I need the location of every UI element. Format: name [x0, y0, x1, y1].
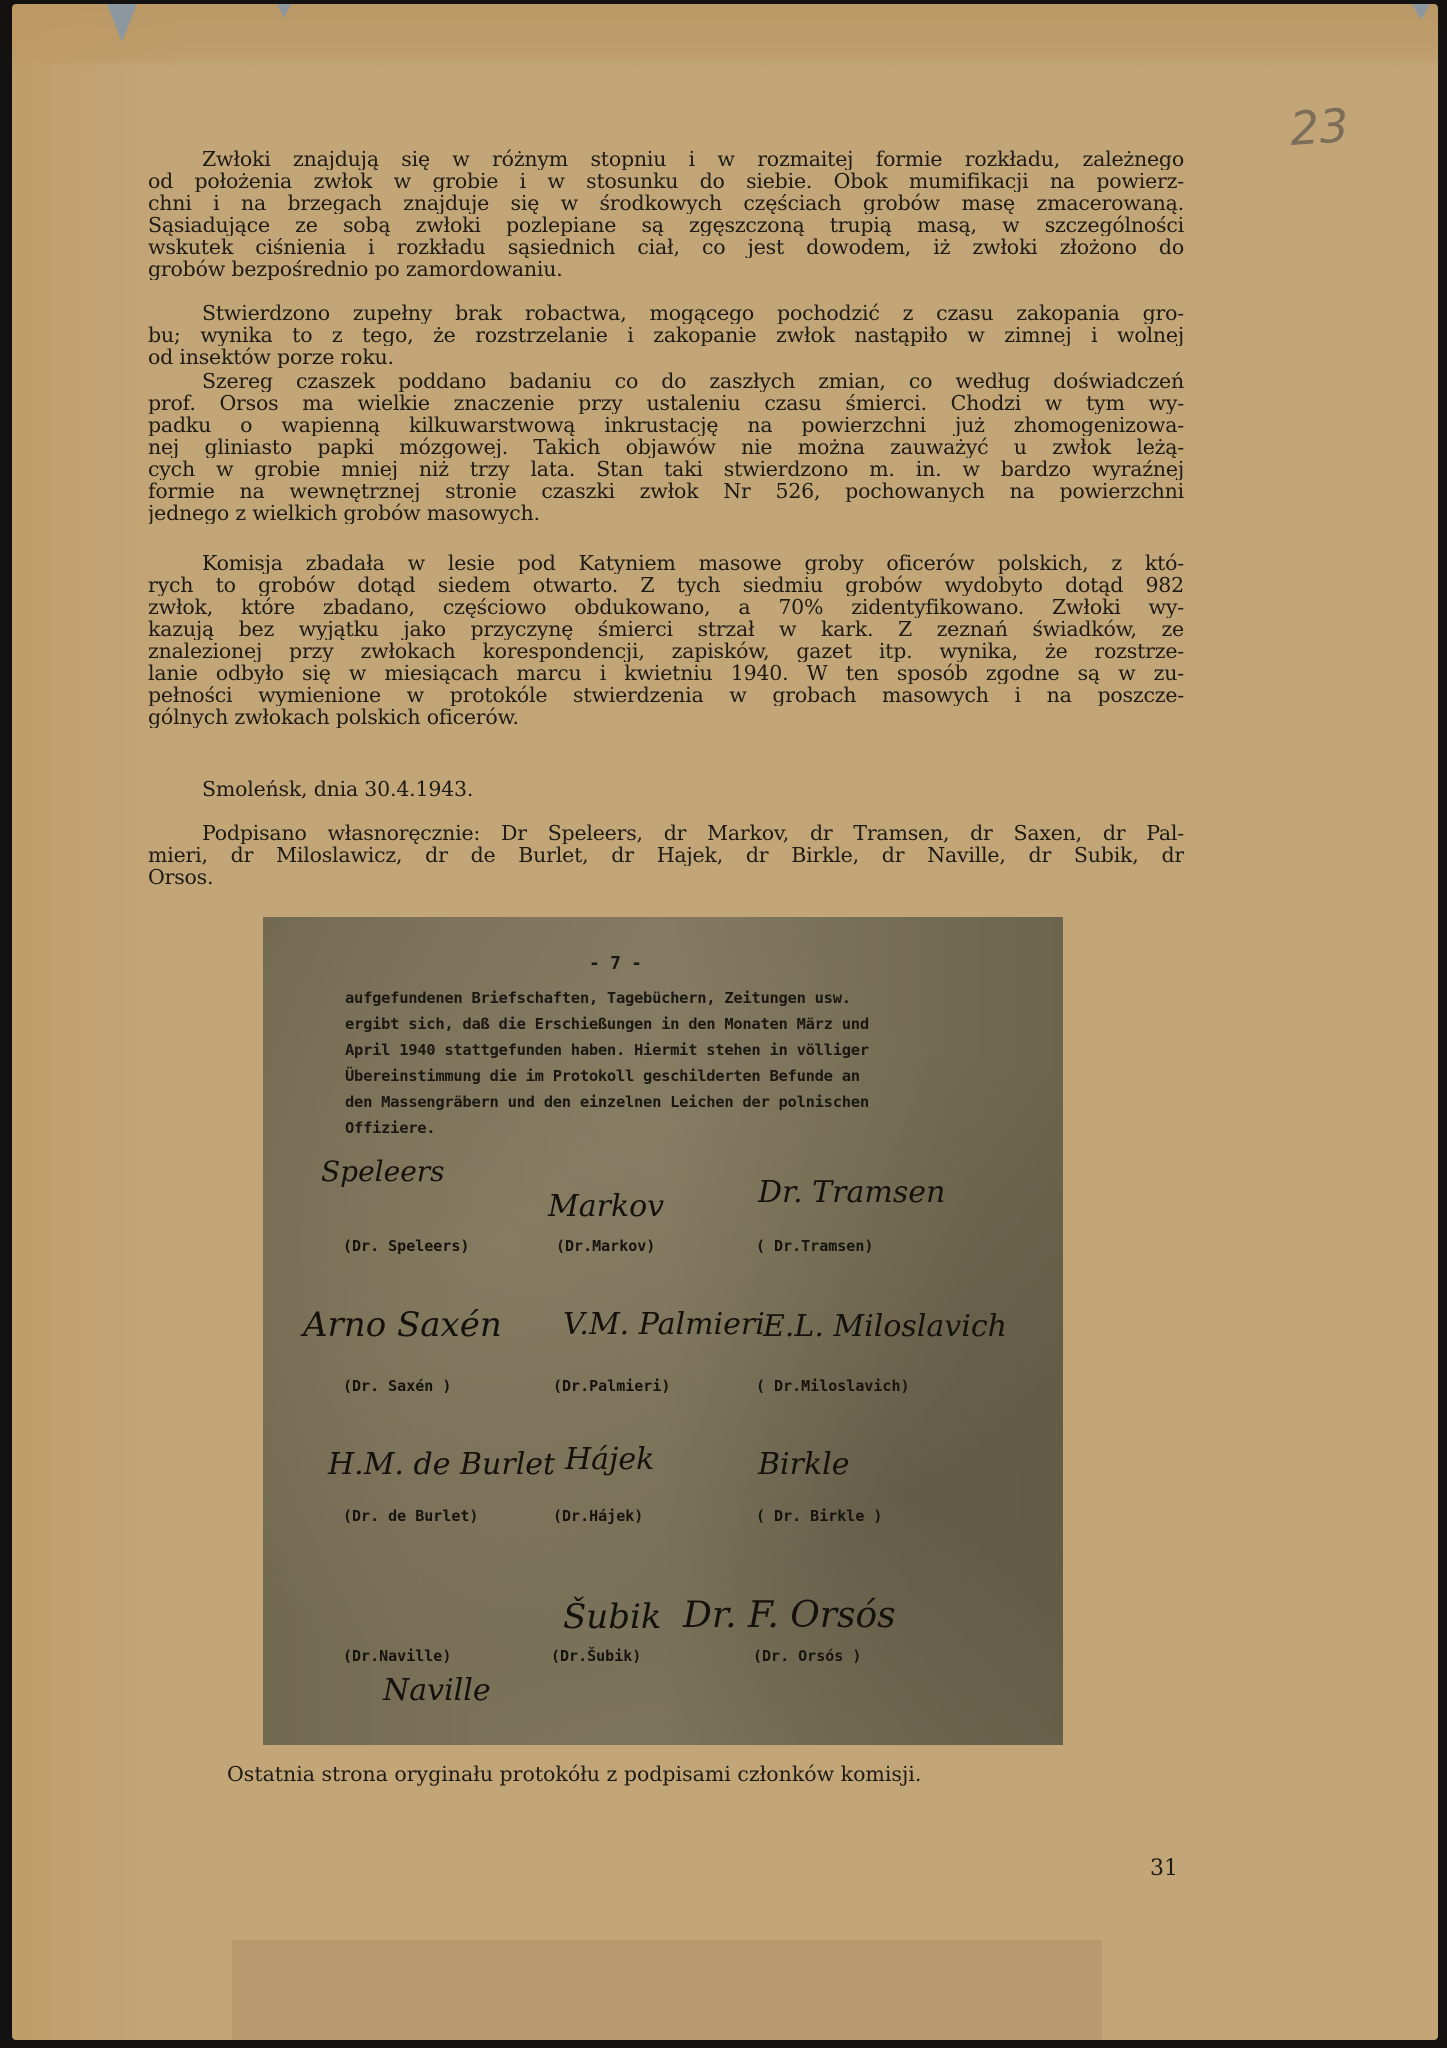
text-line: znalezionej przy zwłokach korespondencji… [148, 640, 1184, 662]
text-line: cych w grobie mniej niż trzy lata. Stan … [148, 458, 1184, 480]
text-line: Podpisano własnoręcznie: Dr Speleers, dr… [148, 822, 1184, 844]
signature: Dr. Tramsen [758, 1175, 945, 1210]
text-line: formie na wewnętrznej stronie czaszki zw… [148, 480, 1184, 502]
text-line: chni i na brzegach znajduje się w środko… [148, 192, 1184, 214]
signatory-label: (Dr. de Burlet) [343, 1507, 478, 1525]
signatory-label: ( Dr.Miloslavich) [756, 1377, 910, 1395]
signature: Hájek [565, 1442, 654, 1477]
protocol-photo: - 7 - aufgefundenen Briefschaften, Tageb… [263, 917, 1063, 1745]
paragraph-insects: Stwierdzono zupełny brak robactwa, mogąc… [148, 302, 1184, 368]
text-line: od insektów porze roku. [148, 346, 1184, 368]
typed-line: April 1940 stattgefunden haben. Hiermit … [345, 1041, 869, 1059]
signatory-label: (Dr. Orsós ) [753, 1647, 861, 1665]
signature: Speleers [321, 1155, 445, 1188]
place-date: Smoleńsk, dnia 30.4.1943. [148, 778, 1184, 800]
paper-patch [232, 1940, 1102, 2040]
text-line: gólnych zwłokach polskich oficerów. [148, 706, 1184, 728]
typed-line: Offiziere. [345, 1119, 435, 1137]
paragraph-conclusion: Komisja zbadała w lesie pod Katyniem mas… [148, 552, 1184, 728]
signature: Naville [383, 1673, 491, 1708]
signatory-label: (Dr. Saxén ) [343, 1377, 451, 1395]
signature: Šubik [563, 1597, 661, 1637]
signed-by: Podpisano własnoręcznie: Dr Speleers, dr… [148, 822, 1184, 888]
protocol-page-marker: - 7 - [589, 953, 642, 974]
signatory-label: (Dr.Markov) [556, 1237, 655, 1255]
signatory-label: (Dr.Naville) [343, 1647, 451, 1665]
text-line: Zwłoki znajdują się w różnym stopniu i w… [148, 148, 1184, 170]
signatory-label: (Dr. Speleers) [343, 1237, 469, 1255]
signature: Dr. F. Orsós [683, 1595, 896, 1636]
signature: Markov [548, 1189, 664, 1224]
signature: V.M. Palmieri [563, 1307, 765, 1342]
page-number: 31 [1150, 1856, 1178, 1881]
signatory-label: ( Dr.Tramsen) [756, 1237, 873, 1255]
signatory-label: (Dr.Hájek) [553, 1507, 643, 1525]
typed-line: ergibt sich, daß die Erschießungen in de… [345, 1015, 869, 1033]
text-line: Smoleńsk, dnia 30.4.1943. [148, 778, 1184, 800]
text-line: mieri, dr Miloslawicz, dr de Burlet, dr … [148, 844, 1184, 866]
text-line: rych to grobów dotąd siedem otwarto. Z t… [148, 574, 1184, 596]
typed-line: Übereinstimmung die im Protokoll geschil… [345, 1067, 860, 1085]
text-line: od położenia zwłok w grobie i w stosunku… [148, 170, 1184, 192]
paper-notch [107, 4, 137, 42]
signatory-label: (Dr.Šubik) [551, 1647, 641, 1665]
text-line: Sąsiadujące ze sobą zwłoki pozlepiane są… [148, 214, 1184, 236]
signature: H.M. de Burlet [328, 1447, 555, 1482]
photo-caption: Ostatnia strona oryginału protokółu z po… [227, 1762, 921, 1786]
paper-notch [277, 4, 291, 18]
text-line: kazują bez wyjątku jako przyczynę śmierc… [148, 618, 1184, 640]
text-line: pełności wymienione w protokóle stwierdz… [148, 684, 1184, 706]
signature: E.L. Miloslavich [763, 1309, 1007, 1344]
signature: Arno Saxén [303, 1305, 502, 1345]
signatory-label: (Dr.Palmieri) [553, 1377, 670, 1395]
signature: Birkle [758, 1447, 850, 1482]
text-line: nej gliniasto papki mózgowej. Takich obj… [148, 436, 1184, 458]
text-line: Stwierdzono zupełny brak robactwa, mogąc… [148, 302, 1184, 324]
text-line: Szereg czaszek poddano badaniu co do zas… [148, 370, 1184, 392]
typed-line: aufgefundenen Briefschaften, Tagebüchern… [345, 989, 851, 1007]
paragraph-skulls: Szereg czaszek poddano badaniu co do zas… [148, 370, 1184, 524]
typed-line: den Massengräbern und den einzelnen Leic… [345, 1093, 869, 1111]
text-line: Orsos. [148, 866, 1184, 888]
text-line: lanie odbyło się w miesiącach marcu i kw… [148, 662, 1184, 684]
paragraph-decomposition: Zwłoki znajdują się w różnym stopniu i w… [148, 148, 1184, 280]
text-line: bu; wynika to z tego, że rozstrzelanie i… [148, 324, 1184, 346]
paper-notch [1412, 4, 1430, 20]
text-line: grobów bezpośrednio po zamordowaniu. [148, 258, 1184, 280]
signatory-label: ( Dr. Birkle ) [756, 1507, 882, 1525]
text-line: wskutek ciśnienia i rozkładu sąsiednich … [148, 236, 1184, 258]
text-line: Komisja zbadała w lesie pod Katyniem mas… [148, 552, 1184, 574]
text-line: jednego z wielkich grobów masowych. [148, 502, 1184, 524]
text-line: prof. Orsos ma wielkie znaczenie przy us… [148, 392, 1184, 414]
text-line: padku o wapienną kilkuwarstwową inkrusta… [148, 414, 1184, 436]
archive-pencil-mark: 23 [1288, 98, 1350, 156]
text-line: zwłok, które zbadano, częściowo obdukowa… [148, 596, 1184, 618]
